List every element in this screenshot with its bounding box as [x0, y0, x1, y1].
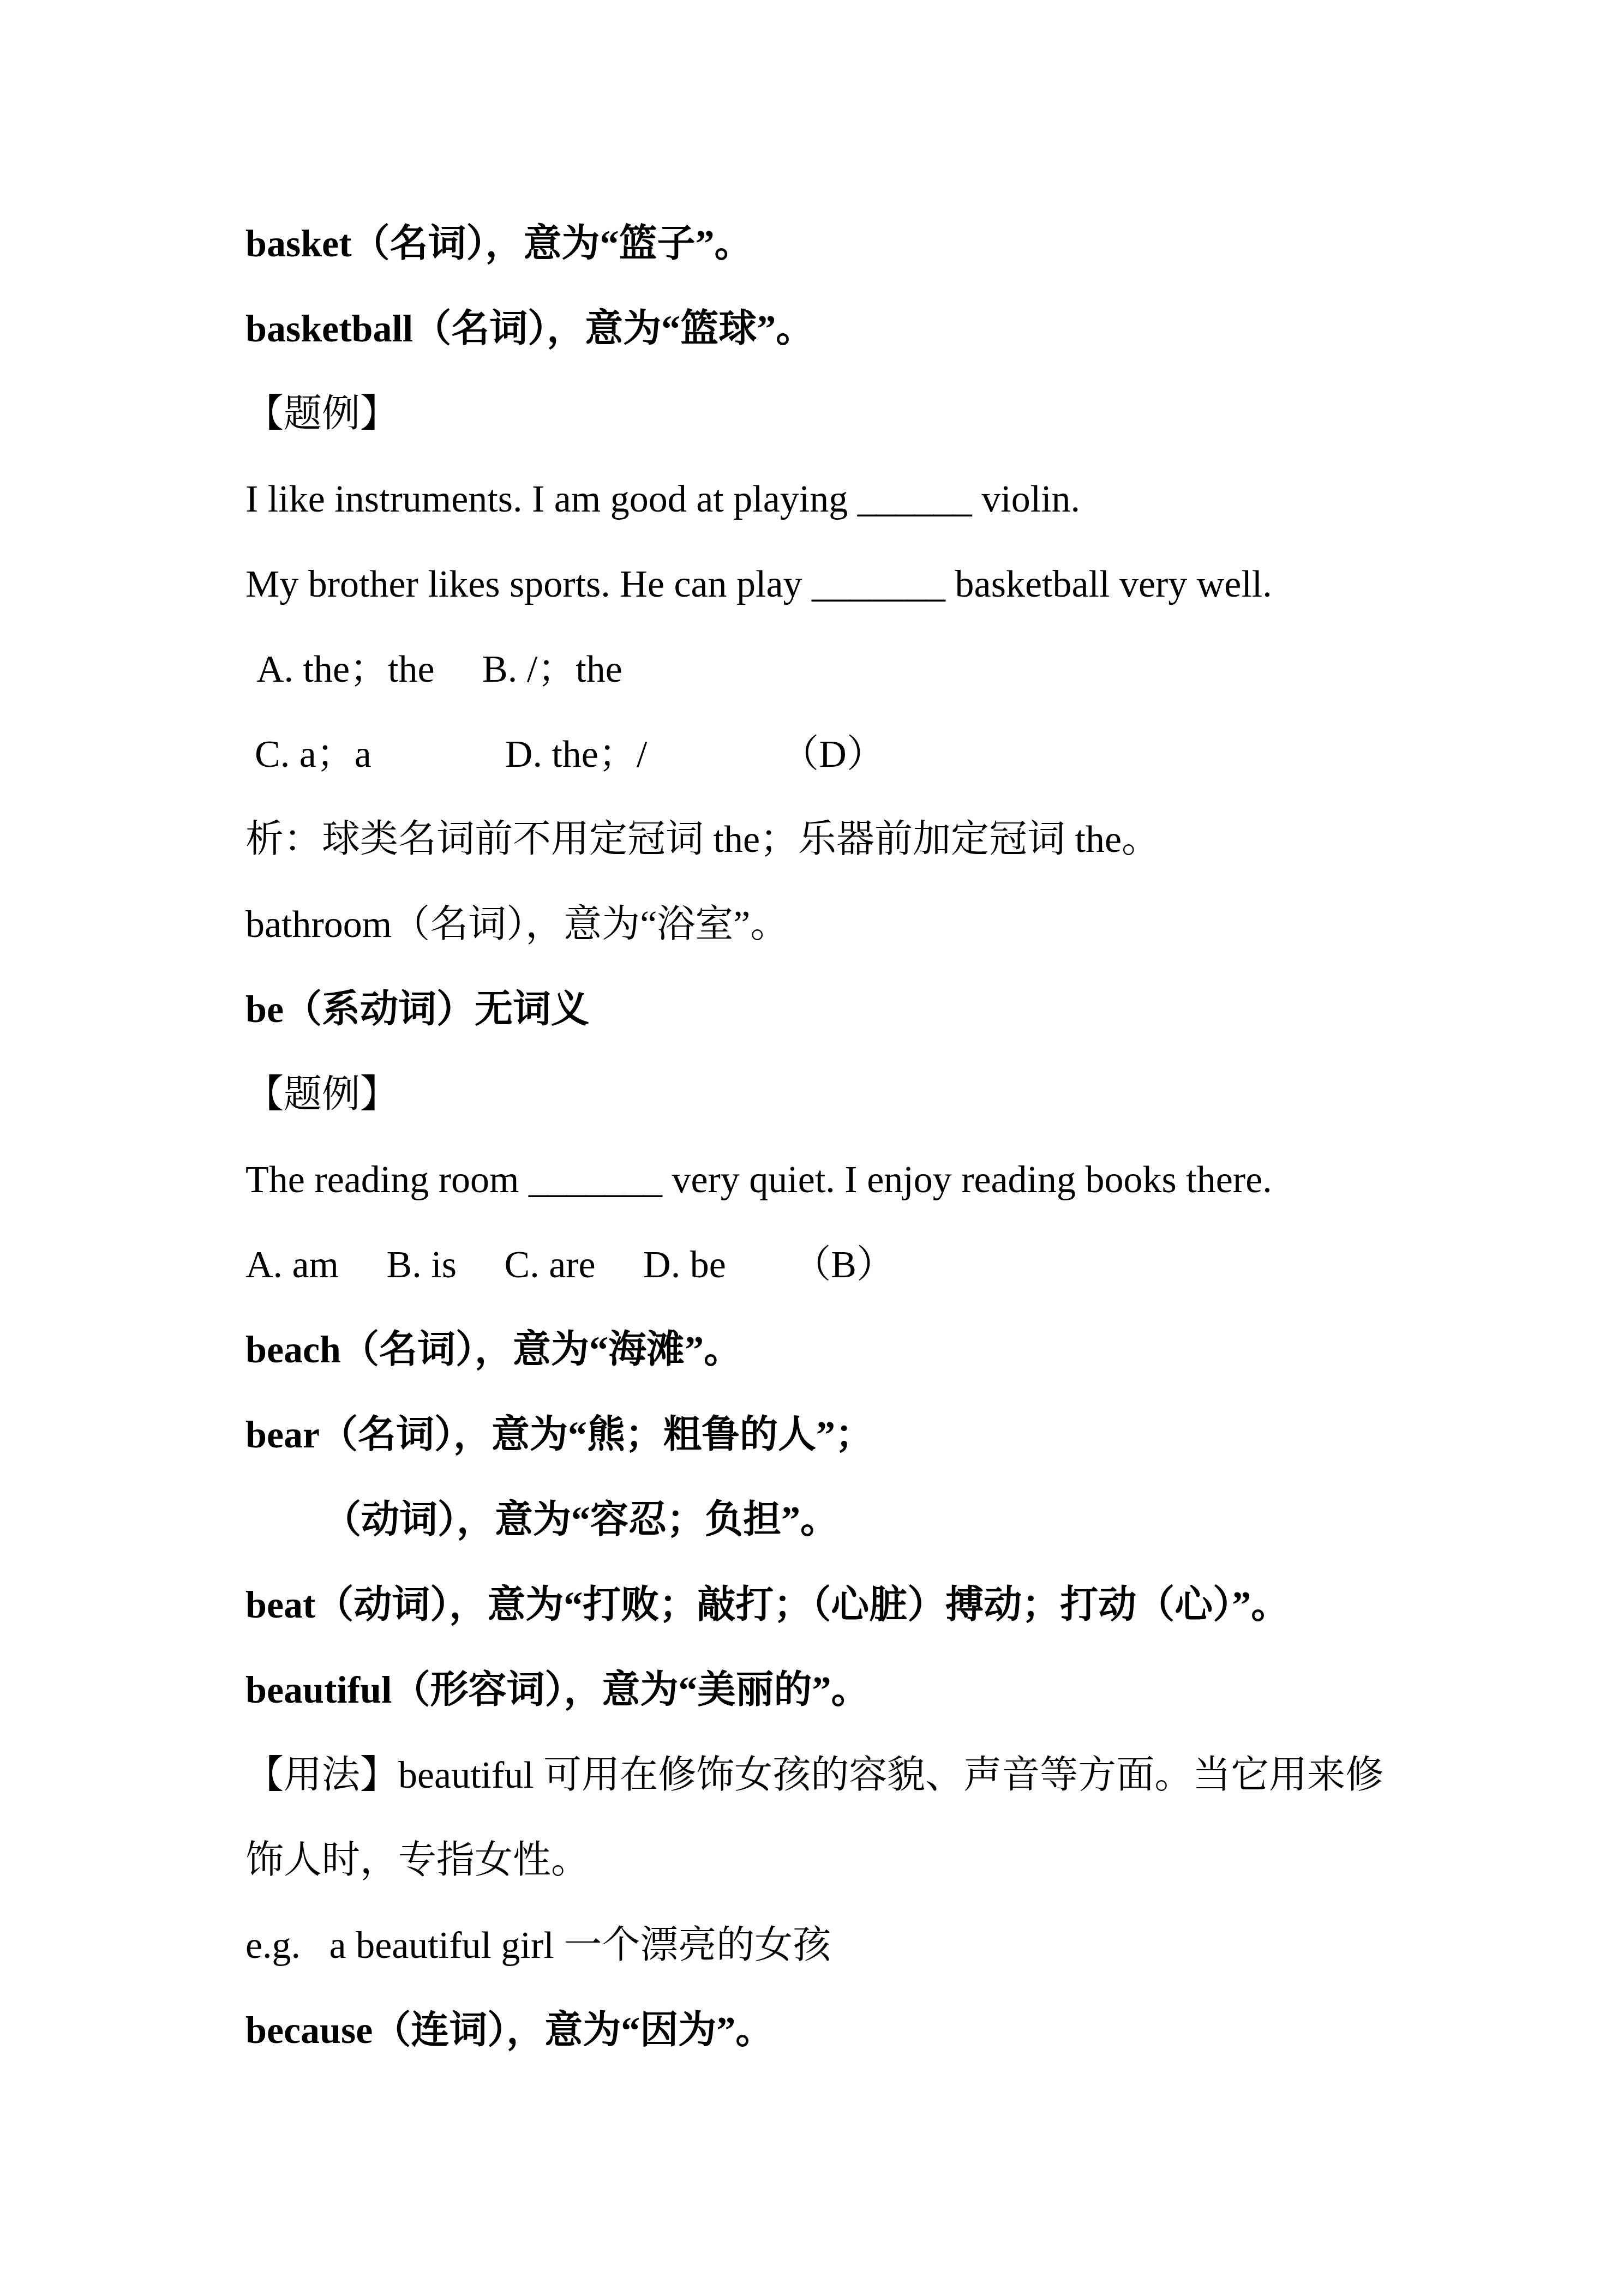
question-2-sentence: The reading room _______ very quiet. I e… — [245, 1159, 1272, 1201]
entry-basketball: basketball（名词），意为“篮球”。 — [245, 309, 814, 350]
question-2-options: A. am B. is C. are D. be （B） — [245, 1245, 895, 1286]
usage-example: e.g. a beautiful girl 一个漂亮的女孩 — [245, 1925, 831, 1967]
entry-bear-noun: bear（名词），意为“熊；粗鲁的人”； — [245, 1415, 873, 1456]
entry-because: because（连词），意为“因为”。 — [245, 2010, 774, 2052]
entry-basket: basket（名词），意为“篮子”。 — [245, 224, 752, 265]
example-section-label-2: 【题例】 — [245, 1074, 398, 1116]
entry-beat: beat（动词），意为“打败；敲打；（心脏）搏动；打动（心）”。 — [245, 1585, 1289, 1626]
entry-beautiful: beautiful（形容词），意为“美丽的”。 — [245, 1670, 869, 1711]
question-1-sentence-1: I like instruments. I am good at playing… — [245, 479, 1080, 520]
usage-note-line-1: 【用法】beautiful 可用在修饰女孩的容貌、声音等方面。当它用来修 — [245, 1755, 1383, 1796]
example-section-label-1: 【题例】 — [245, 394, 398, 435]
question-1-options-cd: C. a；a D. the；/ （D） — [255, 734, 885, 776]
question-1-analysis: 析：球类名词前不用定冠词 the；乐器前加定冠词 the。 — [245, 819, 1160, 861]
usage-note-line-2: 饰人时，专指女性。 — [245, 1840, 589, 1882]
entry-bathroom: bathroom（名词），意为“浴室”。 — [245, 904, 788, 946]
entry-beach: beach（名词），意为“海滩”。 — [245, 1330, 742, 1371]
entry-be: be（系动词）无词义 — [245, 989, 589, 1031]
question-1-options-ab: A. the；the B. /；the — [256, 649, 622, 690]
question-1-sentence-2: My brother likes sports. He can play ___… — [245, 564, 1272, 605]
document-page: basket（名词），意为“篮子”。 basketball（名词），意为“篮球”… — [0, 0, 1624, 2296]
entry-bear-verb: （动词），意为“容忍；负担”。 — [323, 1500, 838, 1541]
